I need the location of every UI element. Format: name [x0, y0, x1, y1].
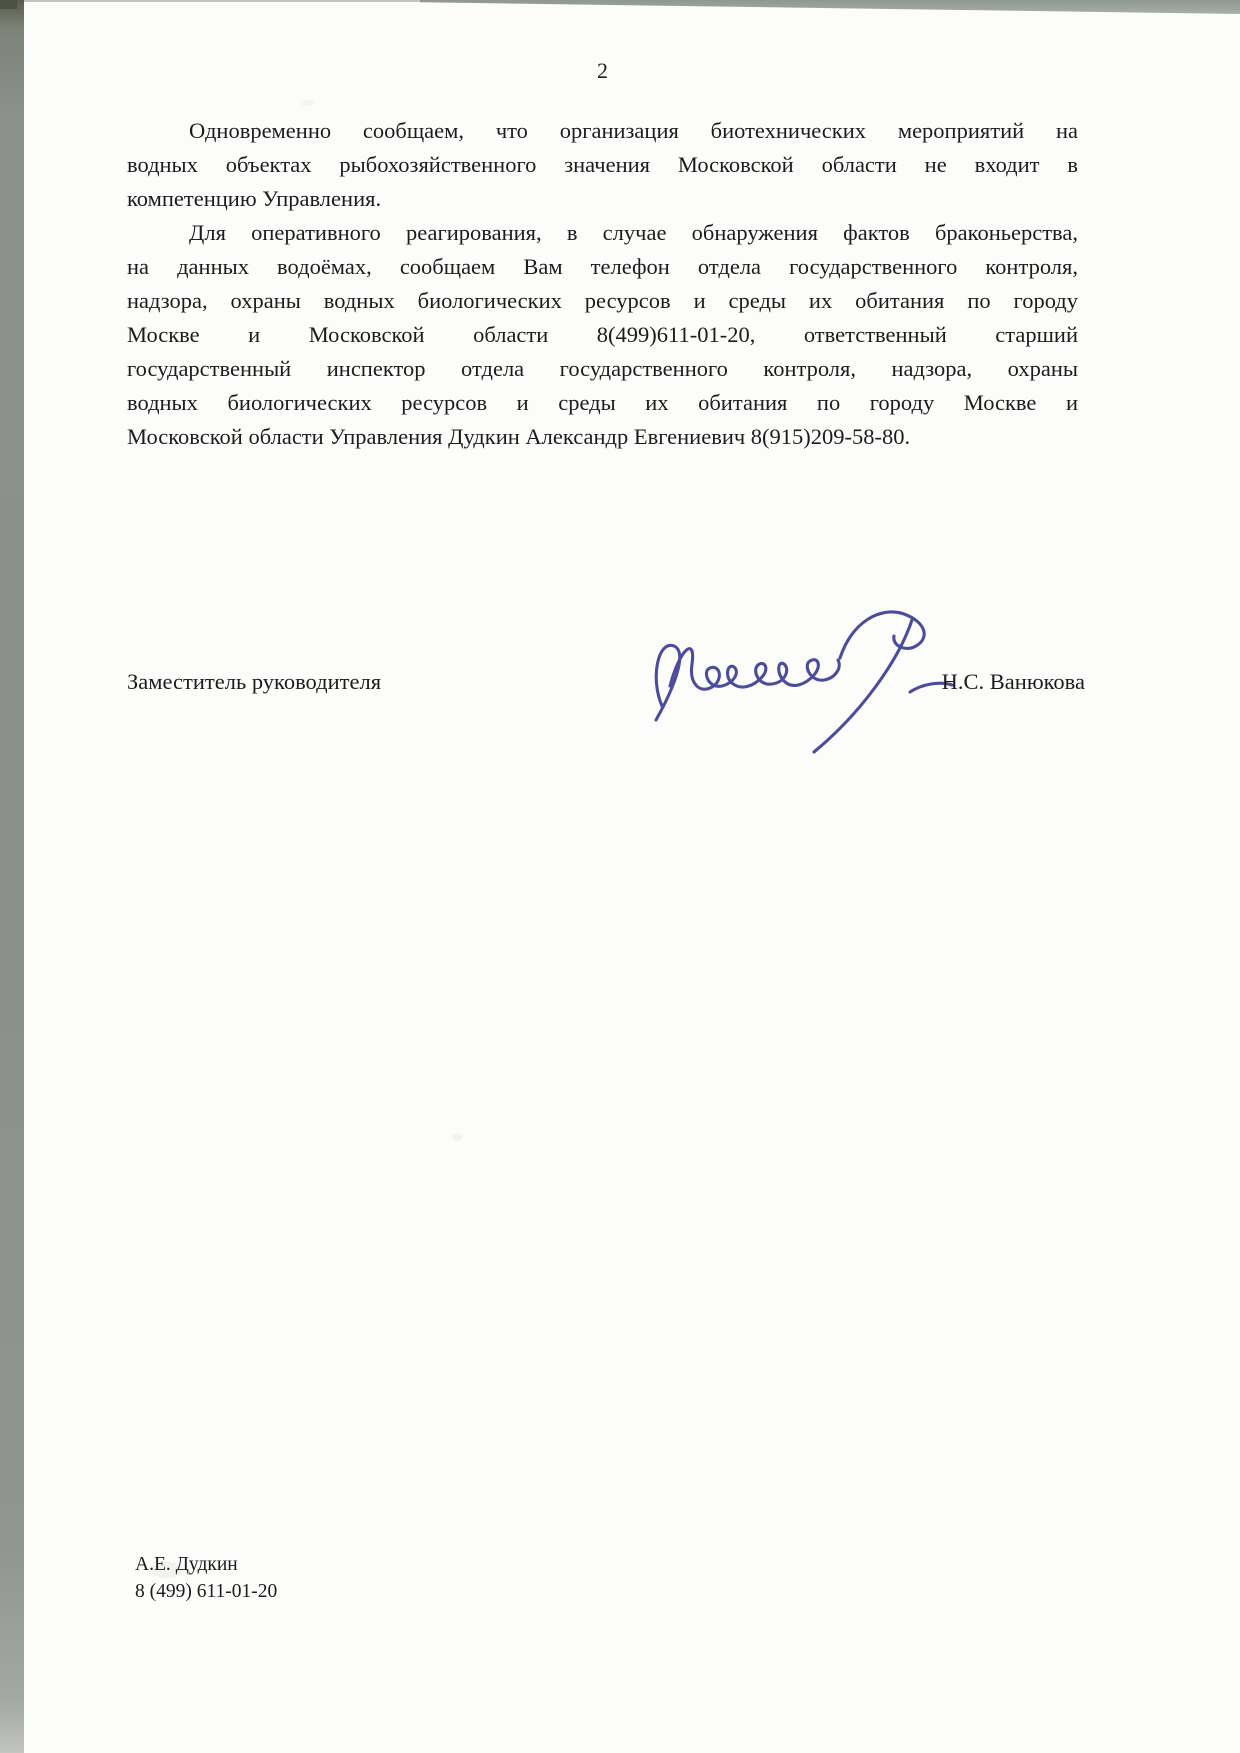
- paragraph-1: Одновременно сообщаем, что организация б…: [127, 114, 1078, 216]
- paragraph-line: Для оперативного реагирования, в случае …: [127, 216, 1078, 250]
- paragraph-line: надзора, охраны водных биологических рес…: [127, 284, 1078, 318]
- scan-edge-left: [0, 0, 24, 1753]
- paragraph-line: Москве и Московской области 8(499)611-01…: [127, 318, 1078, 352]
- paragraph-line: водных объектах рыбохозяйственного значе…: [127, 148, 1078, 182]
- footer-contact-phone: 8 (499) 611-01-20: [135, 1578, 277, 1605]
- signer-name: Н.С. Ванюкова: [942, 666, 1085, 698]
- page-number: 2: [127, 58, 1078, 84]
- signature-row: Заместитель руководителя Н.С. Ванюкова: [127, 666, 1085, 698]
- scan-edge-top-left-corner: [0, 0, 17, 9]
- scan-smudge: [452, 1133, 462, 1141]
- scan-edge-top-line: [24, 0, 424, 2]
- paragraph-line: государственный инспектор отдела государ…: [127, 352, 1078, 386]
- paragraph-line: водных биологических ресурсов и среды их…: [127, 386, 1078, 420]
- signer-title: Заместитель руководителя: [127, 666, 381, 698]
- letter-body: 2 Одновременно сообщаем, что организация…: [127, 58, 1078, 454]
- paragraph-line: компетенцию Управления.: [127, 182, 1078, 216]
- scanned-letter-page: 2 Одновременно сообщаем, что организация…: [0, 0, 1240, 1753]
- footer-contact: А.Е. Дудкин 8 (499) 611-01-20: [135, 1551, 277, 1605]
- scan-edge-top-band: [420, 0, 1240, 14]
- paragraph-2: Для оперативного реагирования, в случае …: [127, 216, 1078, 454]
- footer-contact-name: А.Е. Дудкин: [135, 1551, 277, 1578]
- paragraph-line: на данных водоёмах, сообщаем Вам телефон…: [127, 250, 1078, 284]
- paragraph-line: Московской области Управления Дудкин Але…: [127, 420, 1078, 454]
- paragraph-line: Одновременно сообщаем, что организация б…: [127, 114, 1078, 148]
